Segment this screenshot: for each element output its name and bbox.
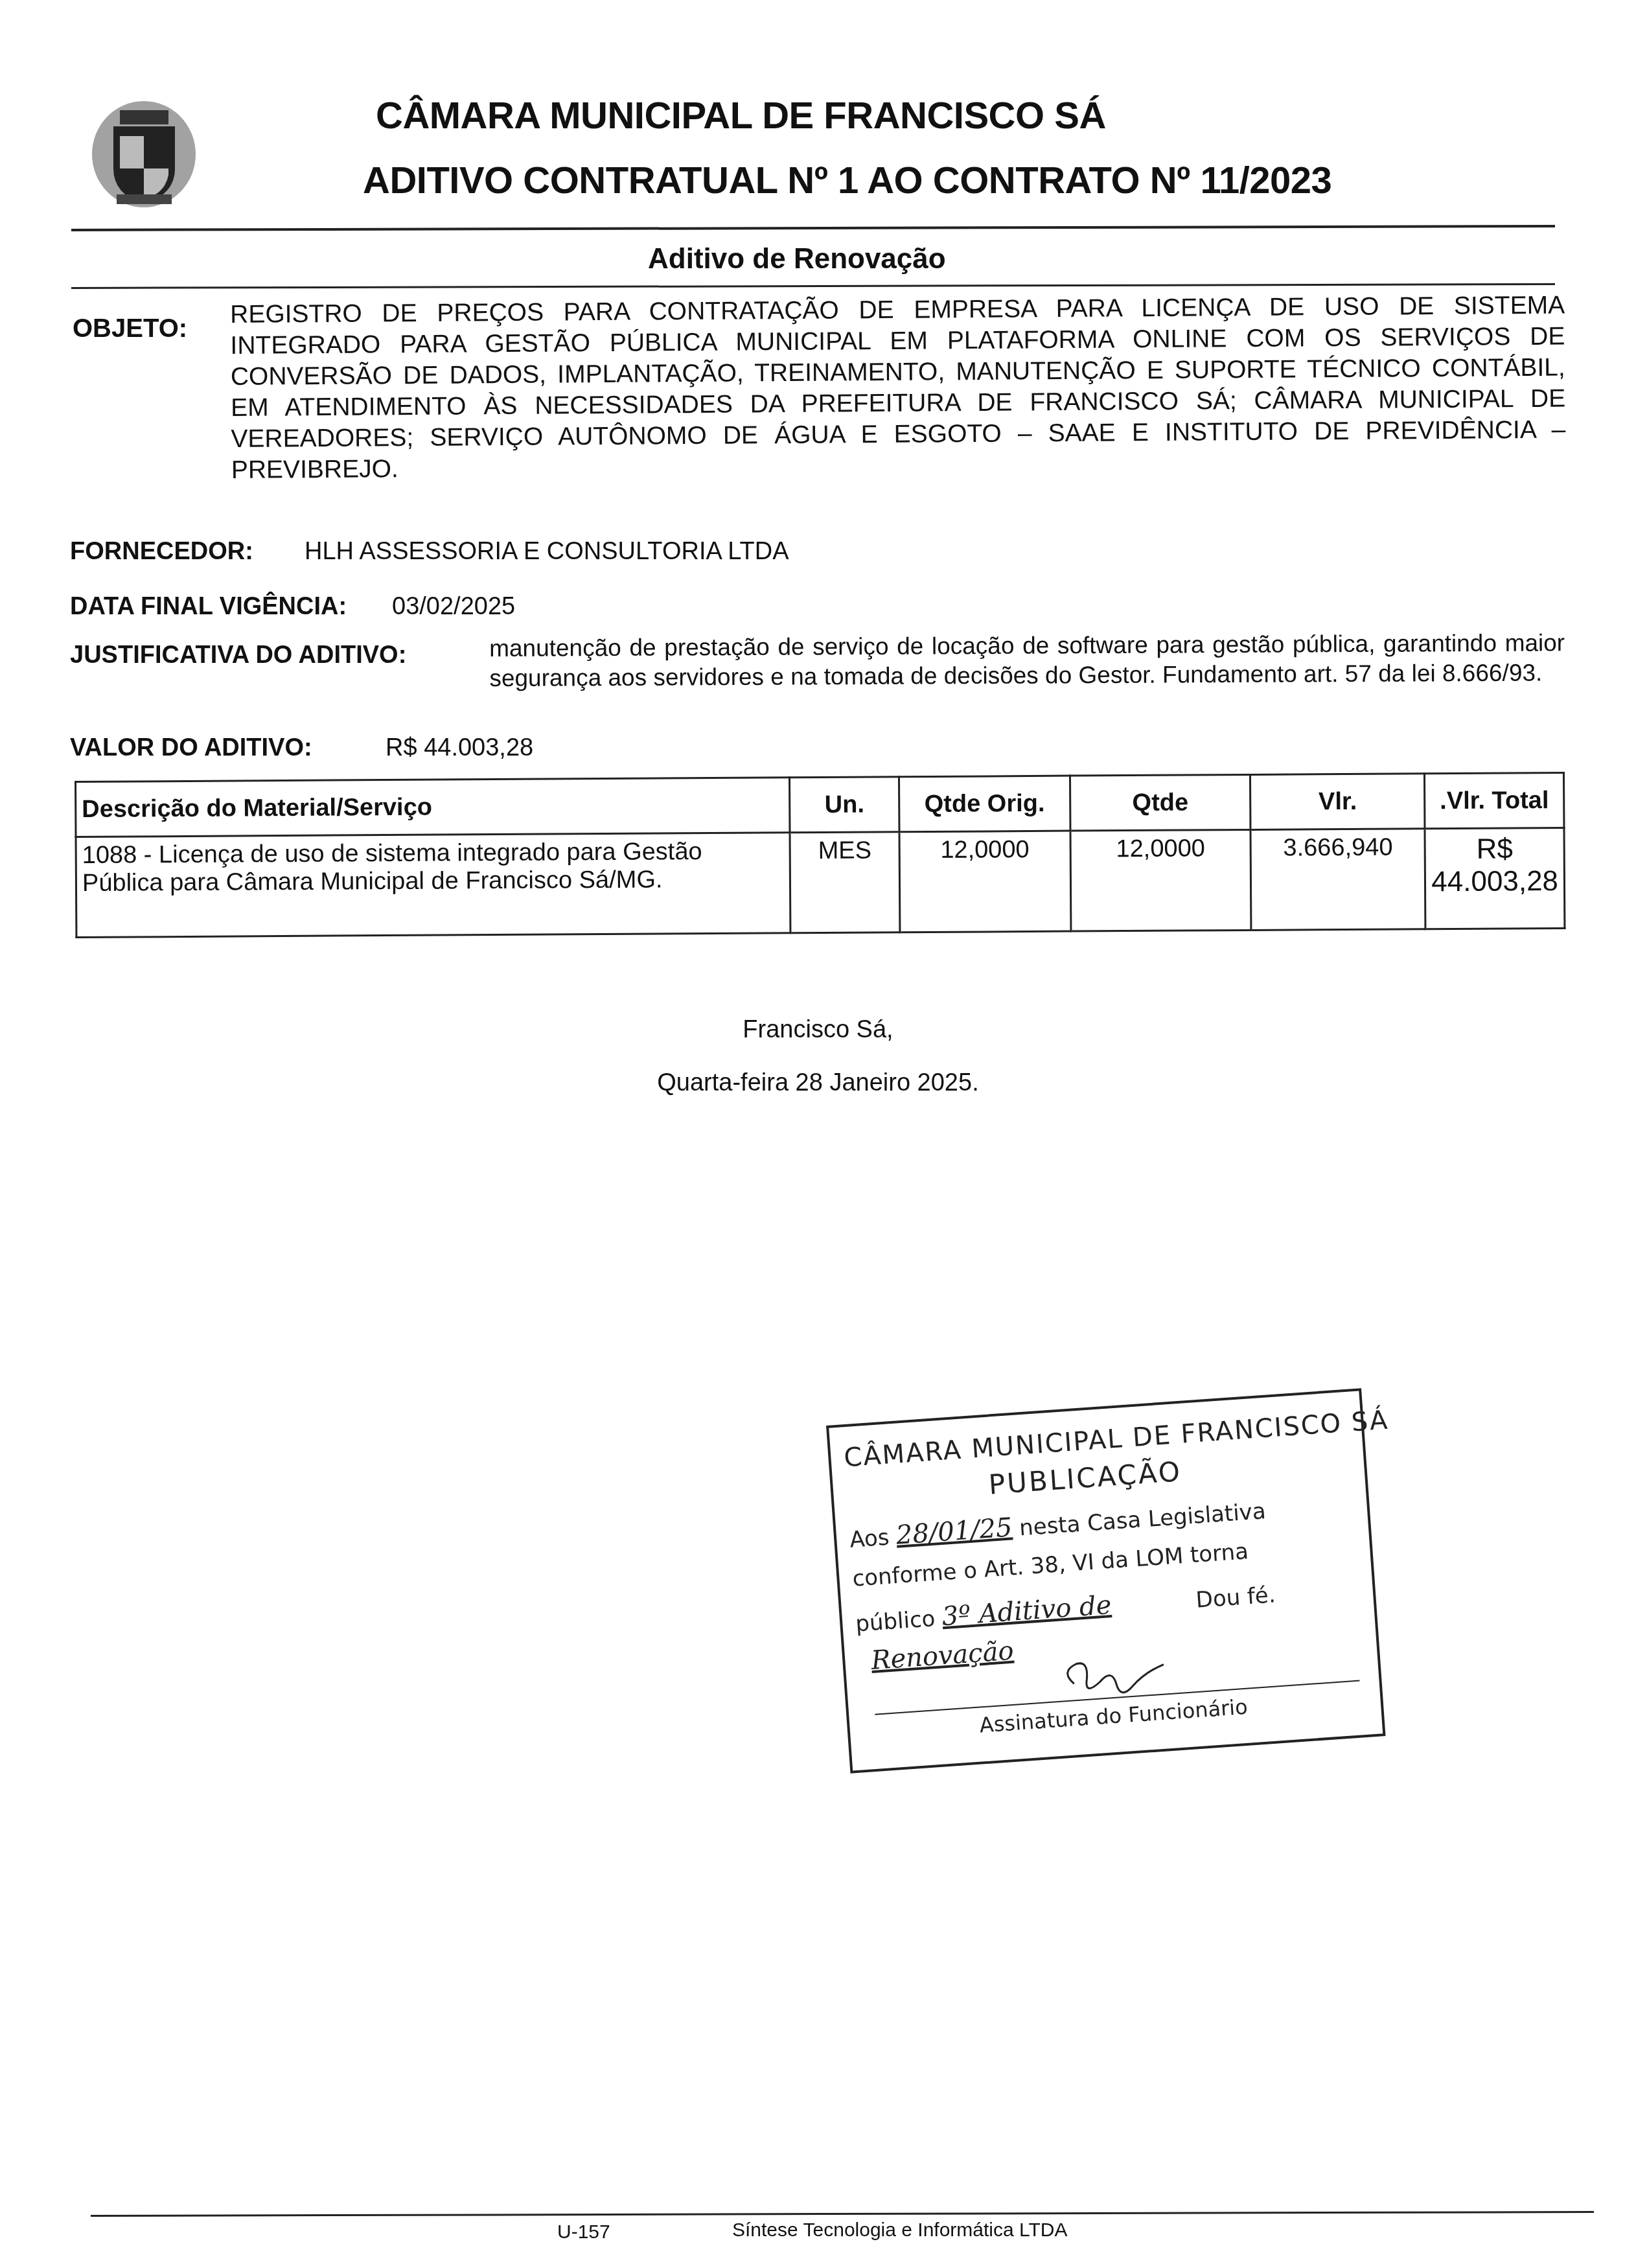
institution-name: CÂMARA MUNICIPAL DE FRANCISCO SÁ: [376, 94, 1106, 137]
coat-of-arms-icon: [84, 97, 204, 211]
cell-valor-total: R$ 44.003,28: [1425, 827, 1565, 929]
stamp-heading: PUBLICAÇÃO: [987, 1455, 1182, 1501]
publication-stamp: CÂMARA MUNICIPAL DE FRANCISCO SÁ PUBLICA…: [826, 1388, 1386, 1773]
items-table: Descrição do Material/Serviço Un. Qtde O…: [75, 772, 1565, 938]
cell-valor: 3.666,940: [1250, 829, 1425, 931]
stamp-dou-fe: Dou fé.: [1195, 1582, 1276, 1613]
objeto-value: REGISTRO DE PREÇOS PARA CONTRATAÇÃO DE E…: [230, 290, 1566, 486]
col-header-valor-total: .Vlr. Total: [1425, 772, 1564, 828]
cell-descricao: 1088 - Licença de uso de sistema integra…: [76, 833, 790, 938]
closing-date: Quarta-feira 28 Janeiro 2025.: [0, 1069, 1636, 1097]
cell-unidade: MES: [790, 832, 900, 933]
stamp-publico: público: [855, 1606, 936, 1637]
col-header-valor: Vlr.: [1250, 774, 1425, 830]
justificativa-value: manutenção de prestação de serviço de lo…: [489, 628, 1565, 693]
stamp-casa-legislativa: nesta Casa Legislativa: [1019, 1498, 1267, 1541]
closing-place: Francisco Sá,: [0, 1016, 1636, 1044]
stamp-aos: Aos: [849, 1525, 890, 1553]
document-title: ADITIVO CONTRATUAL Nº 1 AO CONTRATO Nº 1…: [363, 159, 1331, 202]
col-header-qtde: Qtde: [1070, 774, 1250, 831]
valor-aditivo-value: R$ 44.003,28: [386, 734, 533, 762]
valor-aditivo-label: VALOR DO ADITIVO:: [70, 734, 312, 762]
col-header-descricao: Descrição do Material/Serviço: [76, 778, 790, 837]
col-header-qtde-orig: Qtde Orig.: [899, 776, 1070, 832]
col-header-unidade: Un.: [790, 777, 899, 833]
cell-qtde-orig: 12,0000: [899, 831, 1071, 932]
stamp-handwritten-subject-2: Renovação: [870, 1636, 1015, 1676]
footer-divider: [91, 2211, 1594, 2217]
footer-code: U-157: [557, 2221, 610, 2243]
table-row: 1088 - Licença de uso de sistema integra…: [76, 827, 1565, 937]
table-header-row: Descrição do Material/Serviço Un. Qtde O…: [76, 772, 1564, 837]
objeto-label: OBJETO:: [73, 314, 187, 343]
fornecedor-value: HLH ASSESSORIA E CONSULTORIA LTDA: [305, 538, 789, 566]
subtitle-divider: [71, 283, 1555, 289]
justificativa-label: JUSTIFICATIVA DO ADITIVO:: [70, 642, 406, 669]
stamp-publico-line: público 3º Aditivo de Dou fé.: [855, 1579, 1276, 1637]
stamp-handwritten-subject: 3º Aditivo de: [941, 1590, 1112, 1632]
data-final-vigencia-value: 03/02/2025: [392, 593, 515, 621]
footer-company: Síntese Tecnologia e Informática LTDA: [732, 2219, 1068, 2241]
stamp-handwritten-date: 28/01/25: [895, 1512, 1013, 1550]
data-final-vigencia-label: DATA FINAL VIGÊNCIA:: [70, 593, 347, 621]
cell-qtde: 12,0000: [1070, 829, 1252, 931]
header-divider: [71, 225, 1555, 231]
fornecedor-label: FORNECEDOR:: [70, 538, 253, 566]
document-subtitle: Aditivo de Renovação: [648, 243, 946, 275]
